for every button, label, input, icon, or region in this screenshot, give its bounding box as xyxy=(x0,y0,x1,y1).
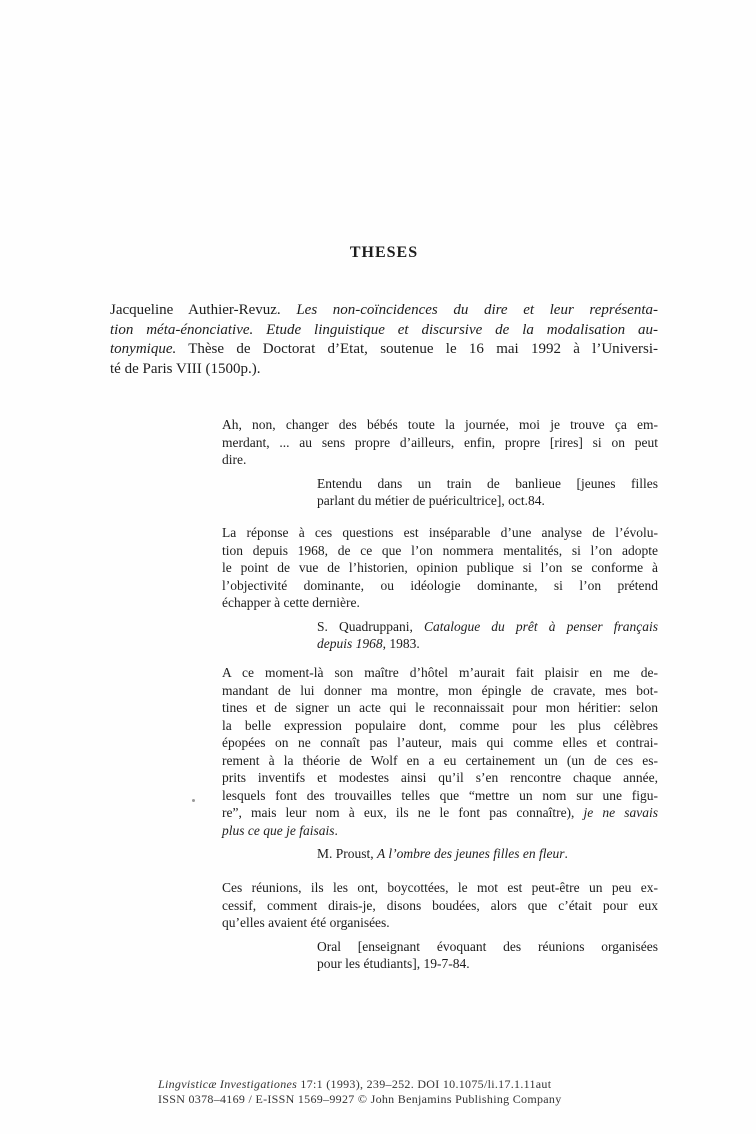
quotation-block-2: La réponse à ces questions est inséparab… xyxy=(222,524,658,653)
text-line: La réponse à ces questions est inséparab… xyxy=(222,524,658,542)
quotation-block-3: A ce moment-là son maître d’hôtel m’aura… xyxy=(222,664,658,863)
quotation-attribution: Oral [enseignant évoquant des réunions o… xyxy=(317,938,658,973)
text-line: S. Quadruppani, Catalogue du prêt à pens… xyxy=(317,618,658,636)
text-line: échapper à cette dernière. xyxy=(222,594,658,612)
quotation-block-1: Ah, non, changer des bébés toute la jour… xyxy=(222,416,658,510)
text-line: M. Proust, A l’ombre des jeunes filles e… xyxy=(317,845,658,863)
text-line: épopées on ne connaît pas l’auteur, mais… xyxy=(222,734,658,752)
text-line: Ces réunions, ils les ont, boycottées, l… xyxy=(222,879,658,897)
text-line: tonymique. Thèse de Doctorat d’Etat, sou… xyxy=(110,340,658,360)
text-line: cessif, comment dirais-je, disons boudée… xyxy=(222,897,658,915)
text-line: A ce moment-là son maître d’hôtel m’aura… xyxy=(222,664,658,682)
thesis-entry: Jacqueline Authier-Revuz. Les non-coïnci… xyxy=(110,301,658,379)
text-line: plus ce que je faisais. xyxy=(222,822,658,840)
text-line: tion méta-énonciative. Etude linguistiqu… xyxy=(110,321,658,341)
quotation-text: La réponse à ces questions est inséparab… xyxy=(222,524,658,612)
text-line: dire. xyxy=(222,451,658,469)
text-line: merdant, ... au sens propre d’ailleurs, … xyxy=(222,434,658,452)
text-line: mandant de lui donner ma montre, mon épi… xyxy=(222,682,658,700)
text-line: pour les étudiants], 19-7-84. xyxy=(317,955,658,973)
quotation-attribution: Entendu dans un train de banlieue [jeune… xyxy=(317,475,658,510)
text-line: re”, mais leur nom à eux, ils ne le font… xyxy=(222,804,658,822)
text-line: le point de vue de l’historien, opinion … xyxy=(222,559,658,577)
quotation-block-4: Ces réunions, ils les ont, boycottées, l… xyxy=(222,879,658,973)
text-line: lesquels font des trouvailles telles que… xyxy=(222,787,658,805)
journal-footer: Lingvisticæ Investigationes 17:1 (1993),… xyxy=(158,1077,608,1106)
text-line: Lingvisticæ Investigationes 17:1 (1993),… xyxy=(158,1077,608,1092)
text-line: Oral [enseignant évoquant des réunions o… xyxy=(317,938,658,956)
quotation-text: Ces réunions, ils les ont, boycottées, l… xyxy=(222,879,658,932)
text-line: depuis 1968, 1983. xyxy=(317,635,658,653)
text-line: tion depuis 1968, de ce que l’on nommera… xyxy=(222,542,658,560)
text-line: Entendu dans un train de banlieue [jeune… xyxy=(317,475,658,493)
text-line: Ah, non, changer des bébés toute la jour… xyxy=(222,416,658,434)
text-line: prits inventifs et modestes ainsi qu’il … xyxy=(222,769,658,787)
text-line: Jacqueline Authier-Revuz. Les non-coïnci… xyxy=(110,301,658,321)
text-line: la belle expression populaire dont, comm… xyxy=(222,717,658,735)
quotation-text: Ah, non, changer des bébés toute la jour… xyxy=(222,416,658,469)
text-line: qu’elles avaient été organisées. xyxy=(222,914,658,932)
quotation-text: A ce moment-là son maître d’hôtel m’aura… xyxy=(222,664,658,839)
text-line: parlant du métier de puéricultrice], oct… xyxy=(317,492,658,510)
text-line: té de Paris VIII (1500p.). xyxy=(110,360,658,380)
quotation-attribution: M. Proust, A l’ombre des jeunes filles e… xyxy=(317,845,658,863)
text-line: tines et de signer un acte qui le reconn… xyxy=(222,699,658,717)
text-line: ISSN 0378–4169 / E-ISSN 1569–9927 © John… xyxy=(158,1092,608,1107)
document-page: THESES Jacqueline Authier-Revuz. Les non… xyxy=(0,0,756,1134)
scan-artifact-dot xyxy=(192,799,195,802)
quotation-attribution: S. Quadruppani, Catalogue du prêt à pens… xyxy=(317,618,658,653)
page-title: THESES xyxy=(110,244,658,262)
text-line: rement à la théorie de Wolf en a eu cert… xyxy=(222,752,658,770)
text-line: l’objectivité dominante, ou idéologie do… xyxy=(222,577,658,595)
